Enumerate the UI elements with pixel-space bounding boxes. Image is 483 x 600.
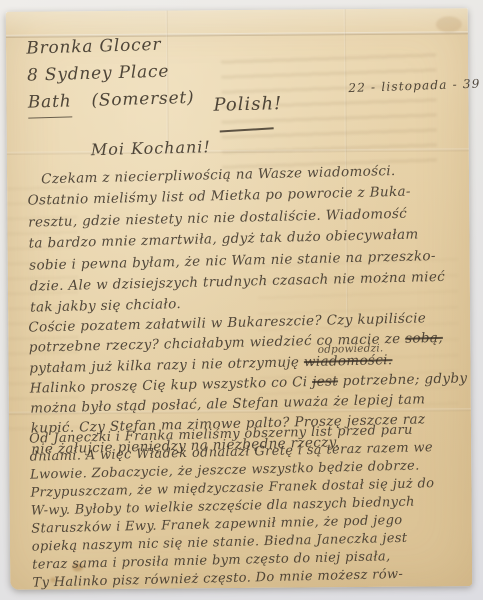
scan-background: Bronka Glocer 8 Sydney Place Bath (Somer…: [0, 0, 483, 600]
salutation: Moi Kochani!: [91, 137, 211, 159]
sender-address-block: Bronka Glocer 8 Sydney Place Bath (Somer…: [26, 31, 195, 119]
correction: odpowiedzi.wiadomości.: [304, 352, 393, 370]
sender-city: Bath: [27, 88, 71, 118]
language-note: Polish!: [213, 93, 282, 116]
struck-word: sobą,: [405, 330, 443, 347]
sender-region: (Somerset): [91, 85, 195, 115]
inserted-word: odpowiedzi.: [317, 342, 383, 356]
struck-word: jest: [312, 373, 338, 390]
letter-paragraph-1: Czekam z niecierpliwością na Wasze wiado…: [27, 161, 468, 321]
line-text: potrzebne; gdyby: [338, 370, 468, 389]
letter-paragraph-3: Od Janeczki i Franka mieliśmy obszerny l…: [29, 421, 471, 593]
letter-paper: Bronka Glocer 8 Sydney Place Bath (Somer…: [6, 8, 473, 590]
sender-city-row: Bath (Somerset): [27, 85, 194, 119]
paper-stain: [436, 16, 462, 32]
